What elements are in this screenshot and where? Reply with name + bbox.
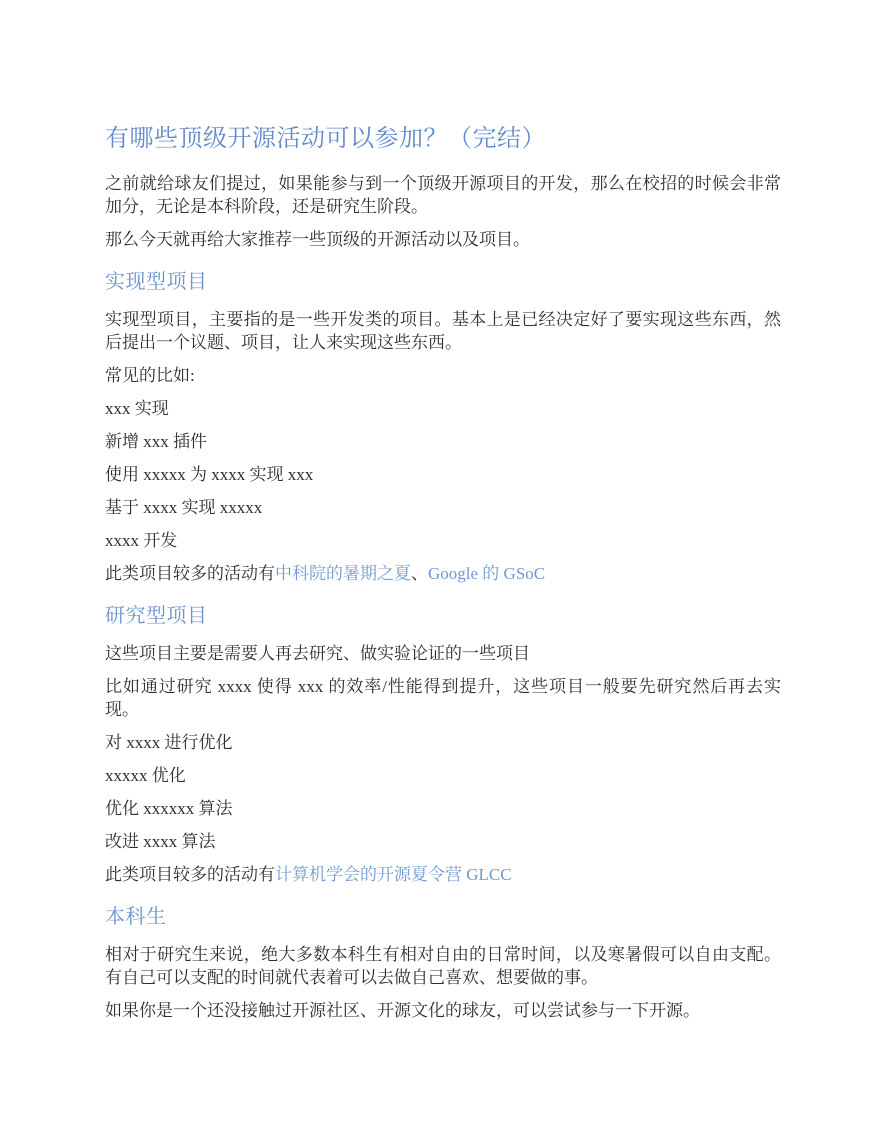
list-line: 对 xxxx 进行优化 xyxy=(105,731,781,754)
intro-paragraph: 之前就给球友们提过，如果能参与到一个顶级开源项目的开发，那么在校招的时候会非常加… xyxy=(105,172,781,218)
paragraph: 相对于研究生来说，绝大多数本科生有相对自由的日常时间，以及寒暑假可以自由支配。有… xyxy=(105,943,781,989)
list-line: 优化 xxxxxx 算法 xyxy=(105,797,781,820)
activities-paragraph: 此类项目较多的活动有计算机学会的开源夏令营 GLCC xyxy=(105,863,781,886)
article-title: 有哪些顶级开源活动可以参加？（完结） xyxy=(105,124,781,154)
list-line: 基于 xxxx 实现 xxxxx xyxy=(105,496,781,519)
section-heading-research-projects: 研究型项目 xyxy=(105,604,781,629)
activities-prefix: 此类项目较多的活动有 xyxy=(105,564,275,583)
link-cas-summer-of-code[interactable]: 中科院的暑期之夏 xyxy=(275,564,411,583)
paragraph: 这些项目主要是需要人再去研究、做实验论证的一些项目 xyxy=(105,642,781,665)
paragraph: 常见的比如: xyxy=(105,364,781,387)
document-page: 有哪些顶级开源活动可以参加？（完结） 之前就给球友们提过，如果能参与到一个顶级开… xyxy=(0,0,884,1144)
list-line: 改进 xxxx 算法 xyxy=(105,830,781,853)
paragraph: 如果你是一个还没接触过开源社区、开源文化的球友，可以尝试参与一下开源。 xyxy=(105,999,781,1022)
list-line: 使用 xxxxx 为 xxxx 实现 xxx xyxy=(105,463,781,486)
paragraph: 实现型项目，主要指的是一些开发类的项目。基本上是已经决定好了要实现这些东西，然后… xyxy=(105,308,781,354)
list-separator: 、 xyxy=(411,564,428,583)
list-line: xxxxx 优化 xyxy=(105,764,781,787)
section-heading-undergraduates: 本科生 xyxy=(105,905,781,930)
activities-paragraph: 此类项目较多的活动有中科院的暑期之夏、Google 的 GSoC xyxy=(105,562,781,585)
list-line: xxx 实现 xyxy=(105,397,781,420)
section-heading-implementation-projects: 实现型项目 xyxy=(105,270,781,295)
paragraph: 比如通过研究 xxxx 使得 xxx 的效率/性能得到提升，这些项目一般要先研究… xyxy=(105,675,781,721)
link-google-gsoc[interactable]: Google 的 GSoC xyxy=(428,564,545,583)
activities-prefix: 此类项目较多的活动有 xyxy=(105,865,275,884)
list-line: 新增 xxx 插件 xyxy=(105,430,781,453)
link-glcc-summer-camp[interactable]: 计算机学会的开源夏令营 GLCC xyxy=(275,865,512,884)
list-line: xxxx 开发 xyxy=(105,529,781,552)
intro-paragraph: 那么今天就再给大家推荐一些顶级的开源活动以及项目。 xyxy=(105,228,781,251)
